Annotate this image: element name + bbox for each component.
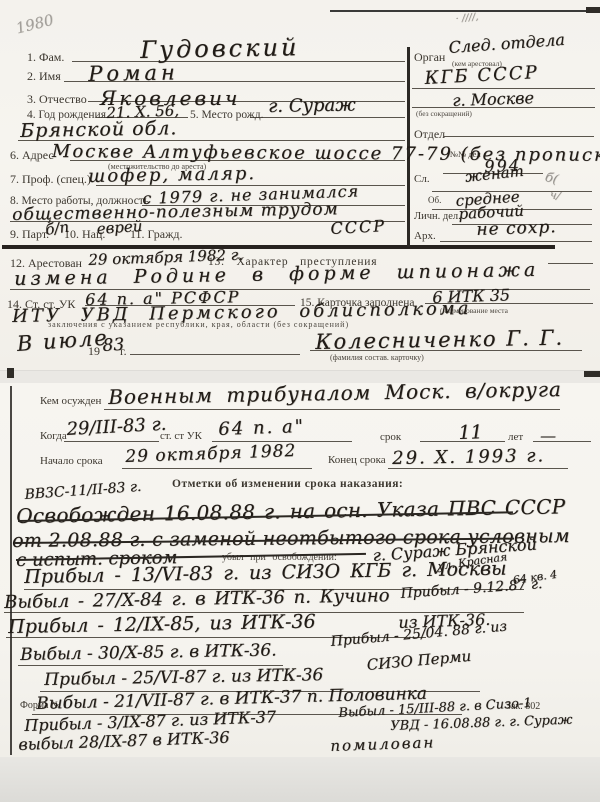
left-edge-line: [10, 386, 12, 755]
field-birthplace-value: г. Сураж: [268, 94, 356, 117]
field-patronymic-label: 3. Отчество: [27, 92, 87, 107]
edge-mark: [584, 371, 600, 377]
signature-sublabel: (фамилия состав. карточку): [330, 353, 424, 362]
field-profession-label: 7. Проф. (спец.): [10, 172, 91, 187]
field-when-label: Когда: [40, 430, 67, 442]
field-name-value: Роман: [88, 60, 179, 86]
field-department-label: Отдел: [414, 127, 445, 142]
field-personal-file-label: Личн. дел.: [414, 211, 461, 222]
scan-background: [0, 757, 600, 802]
field-profession-value: шофер, маляр.: [88, 163, 256, 187]
field-surname-value: Гудовский: [140, 33, 300, 64]
scanned-prisoner-card: 1980 · ////, 1. Фам. 2. Имя 3. Отчество …: [0, 0, 600, 802]
field-birthplace-label: 5. Место рожд.: [190, 109, 263, 121]
field-years-dash: —: [540, 426, 556, 445]
rule-line: [130, 354, 300, 355]
field-party-value: б/п: [44, 218, 70, 239]
stray-mark: ч/: [549, 188, 562, 203]
rule-line: [440, 241, 592, 242]
term-changes-header: Отметки об изменении срока наказания:: [172, 478, 403, 490]
field-organ-label: Орган: [414, 50, 445, 65]
rule-line: [122, 468, 312, 469]
field-name-label: 2. Имя: [27, 69, 61, 84]
field-archive-label: Арх.: [414, 230, 436, 242]
field-archive-value: не сохр.: [476, 217, 557, 240]
rule-line: [104, 409, 560, 410]
rule-line: [444, 136, 594, 137]
field-term-label: срок: [380, 431, 401, 443]
field-article-uk-value: 64 п. а": [218, 416, 305, 440]
edge-mark: [7, 368, 14, 378]
field-sentenced-by-label: Кем осужден: [40, 395, 101, 407]
field-address-label: 6. Адрес: [10, 148, 54, 163]
field-term-end-value: 29. X. 1993 г.: [392, 445, 545, 469]
field-surname-label: 1. Фам.: [27, 50, 64, 65]
field-term-end-label: Конец срока: [328, 454, 386, 466]
signature-value: Колесниченко Г. Г.: [315, 326, 564, 354]
field-citizenship-value: СССР: [330, 216, 386, 238]
field-sl-label: Сл.: [414, 173, 430, 185]
field-birthplace-value2: Брянской обл.: [20, 117, 177, 142]
heavy-rule-line: [2, 245, 555, 249]
edge-mark: [586, 7, 600, 13]
field-organ-value3: г. Москве: [452, 88, 534, 110]
field-years-label: лет: [508, 431, 523, 443]
field-organ-sublabel2: (без сокращений): [416, 109, 472, 118]
field-ob-label: Об.: [428, 195, 441, 205]
rule-line: [548, 263, 593, 264]
date-filled-year: 83: [102, 335, 125, 356]
field-term-value: 11: [458, 421, 483, 444]
rule-line: [64, 441, 159, 442]
field-party-label: 9. Парт.: [10, 227, 49, 242]
note-pardoned: помилован: [330, 733, 436, 755]
field-nationality-value: еврей: [96, 217, 143, 238]
field-term-start-label: Начало срока: [40, 455, 103, 467]
top-edge-line: [330, 10, 592, 12]
rule-line: [250, 117, 405, 118]
